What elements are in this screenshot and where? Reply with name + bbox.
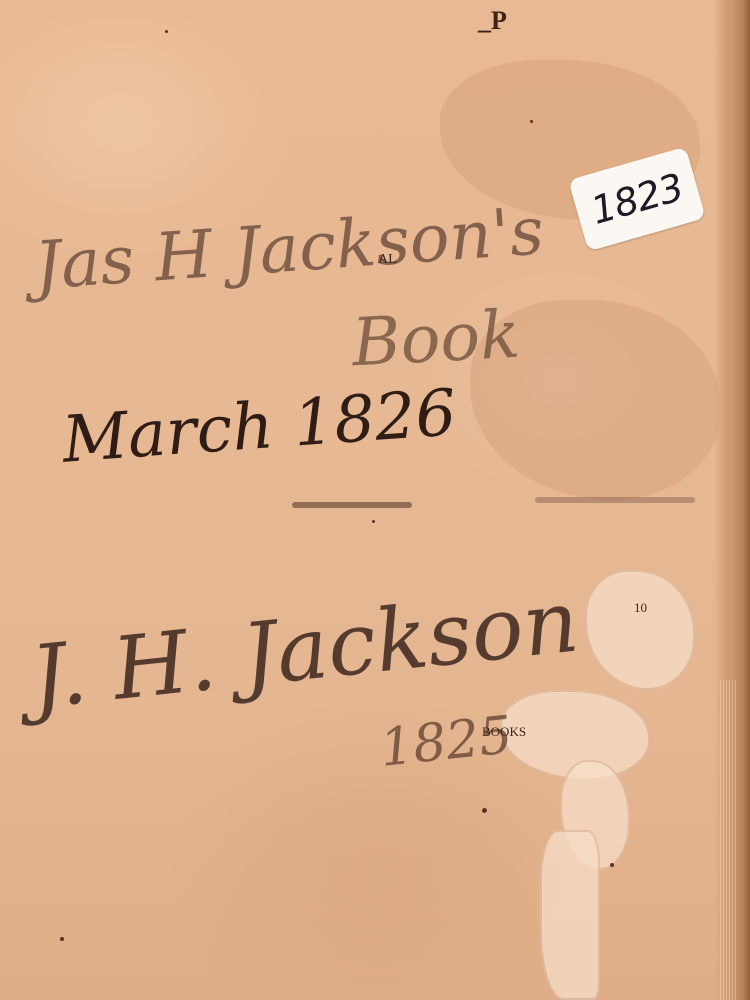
ink-underline [292, 502, 412, 508]
inscription-date-line: March 1826 [60, 376, 459, 477]
ink-underline [535, 497, 695, 503]
inscription-signature: J. H. Jackson [26, 572, 583, 729]
page-edge-lines [720, 680, 736, 1000]
printed-header-fragment: _P [478, 6, 507, 36]
foxing-spot [610, 863, 614, 867]
foxing-spot [482, 808, 487, 813]
foxing-spot [165, 30, 168, 33]
book-flyleaf-photo: _P Jas H Jackson's Book March 1826 J. H.… [0, 0, 750, 1000]
show-through-text: BOOKS [482, 724, 526, 740]
show-through-page-number: 10 [634, 600, 647, 616]
inscription-owner-line-2: Book [350, 296, 522, 382]
foxing-spot [60, 937, 64, 941]
show-through-text: AL [378, 252, 397, 268]
inscription-owner-line-1: Jas H Jackson's [32, 192, 546, 304]
water-stain [540, 830, 600, 1000]
sticker-text: 1823 [586, 165, 687, 233]
foxing-spot [372, 520, 375, 523]
water-stain [585, 570, 695, 690]
inscription-signature-year: 1825 [377, 705, 515, 779]
foxing-spot [530, 120, 533, 123]
